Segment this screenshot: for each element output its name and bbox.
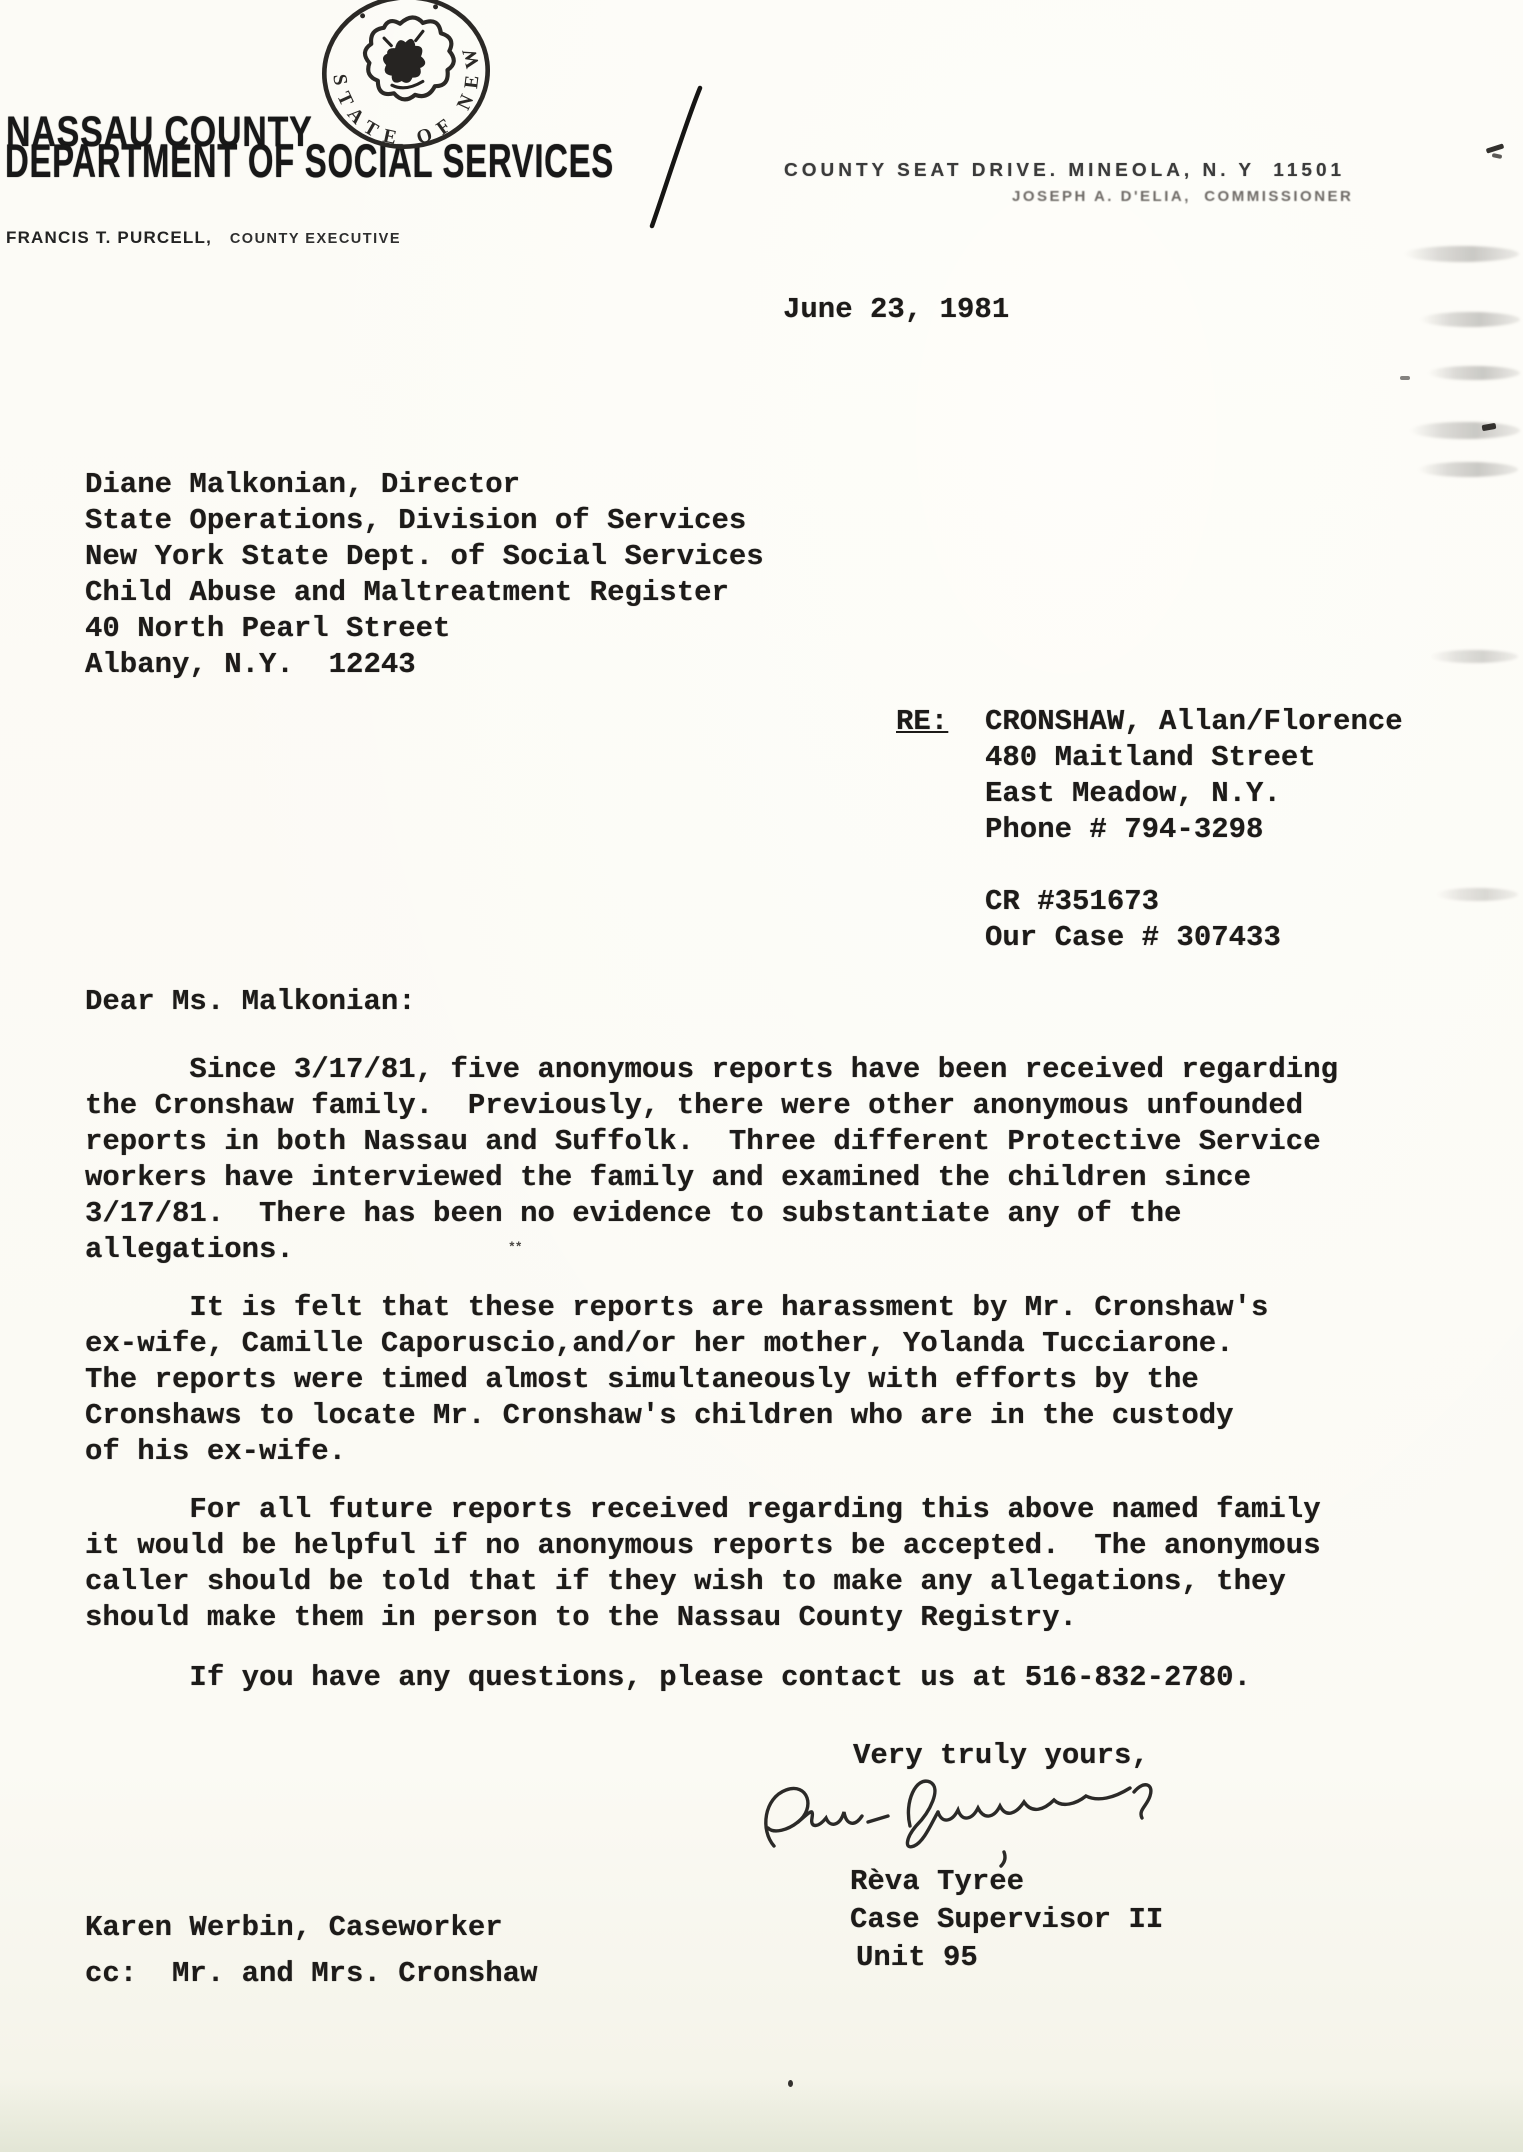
text-line: Child Abuse and Maltreatment Register <box>85 575 764 611</box>
handwritten-signature <box>752 1760 1162 1875</box>
scan-smudge <box>1404 246 1519 262</box>
text-line: 40 North Pearl Street <box>85 611 764 647</box>
text-line: Cronshaws to locate Mr. Cronshaw's child… <box>85 1398 1268 1434</box>
signer-unit: Unit 95 <box>856 1940 978 1976</box>
signer-name: Rèva Tyree <box>850 1864 1024 1900</box>
text-line <box>985 848 1403 884</box>
text-line: It is felt that these reports are harass… <box>85 1290 1268 1326</box>
scan-smudge <box>1420 312 1520 327</box>
body-paragraph-3: For all future reports received regardin… <box>85 1492 1321 1636</box>
text-line: 3/17/81. There has been no evidence to s… <box>85 1196 1338 1232</box>
text-line: CR #351673 <box>985 884 1403 920</box>
scan-speck <box>1400 376 1410 380</box>
executive-name: FRANCIS T. PURCELL, <box>6 228 212 247</box>
letterhead-commissioner: JOSEPH A. D'ELIA, COMMISSIONER <box>1012 188 1353 205</box>
signer-title: Case Supervisor II <box>850 1902 1163 1938</box>
text-line: of his ex-wife. <box>85 1434 1268 1470</box>
text-line: If you have any questions, please contac… <box>85 1660 1251 1696</box>
caseworker-line: Karen Werbin, Caseworker <box>85 1910 503 1946</box>
scan-smudge <box>1436 888 1518 901</box>
scanned-letter-page: NASSAU COUNTY DEPARTMENT OF SOCIAL SERVI… <box>0 0 1523 2152</box>
text-line: ex-wife, Camille Caporuscio,and/or her m… <box>85 1326 1268 1362</box>
recipient-address-block: Diane Malkonian, DirectorState Operation… <box>85 467 764 683</box>
state-of-new-york-seal-icon: STATE OF NEW YORK <box>308 0 504 170</box>
body-paragraph-1: Since 3/17/81, five anonymous reports ha… <box>85 1052 1338 1268</box>
text-line: Since 3/17/81, five anonymous reports ha… <box>85 1052 1338 1088</box>
text-line: it would be helpful if no anonymous repo… <box>85 1528 1321 1564</box>
body-paragraph-4: If you have any questions, please contac… <box>85 1660 1251 1696</box>
text-line: Our Case # 307433 <box>985 920 1403 956</box>
scan-smudge <box>1428 366 1520 380</box>
body-paragraph-2: It is felt that these reports are harass… <box>85 1290 1268 1470</box>
letterhead-department: DEPARTMENT OF SOCIAL SERVICES <box>5 133 614 188</box>
stray-type-mark: ** <box>508 1240 522 1255</box>
re-label-text: RE: <box>896 705 948 738</box>
text-line: allegations. <box>85 1232 1338 1268</box>
text-line: 480 Maitland Street <box>985 740 1403 776</box>
salutation: Dear Ms. Malkonian: <box>85 984 416 1020</box>
text-line: Diane Malkonian, Director <box>85 467 764 503</box>
text-line: Albany, N.Y. 12243 <box>85 647 764 683</box>
text-line: East Meadow, N.Y. <box>985 776 1403 812</box>
executive-title: COUNTY EXECUTIVE <box>230 231 401 247</box>
text-line: CRONSHAW, Allan/Florence <box>985 704 1403 740</box>
scan-speck <box>1486 143 1505 153</box>
re-label: RE: <box>896 704 948 740</box>
text-line: Phone # 794-3298 <box>985 812 1403 848</box>
text-line: the Cronshaw family. Previously, there w… <box>85 1088 1338 1124</box>
text-line: should make them in person to the Nassau… <box>85 1600 1321 1636</box>
text-line: caller should be told that if they wish … <box>85 1564 1321 1600</box>
text-line: New York State Dept. of Social Services <box>85 539 764 575</box>
scan-smudge <box>1418 462 1518 477</box>
scan-smudge <box>1410 422 1520 439</box>
scan-speck <box>1492 153 1503 159</box>
pen-slash-mark <box>638 82 718 232</box>
cc-line: cc: Mr. and Mrs. Cronshaw <box>85 1956 537 1992</box>
letterhead-address: COUNTY SEAT DRIVE. MINEOLA, N. Y 11501 <box>784 160 1345 181</box>
text-line: State Operations, Division of Services <box>85 503 764 539</box>
scan-smudge <box>1430 650 1518 663</box>
scan-bottom-shading <box>0 2082 1523 2152</box>
text-line: For all future reports received regardin… <box>85 1492 1321 1528</box>
text-line: reports in both Nassau and Suffolk. Thre… <box>85 1124 1338 1160</box>
spacer <box>212 228 230 247</box>
re-block: CRONSHAW, Allan/Florence480 Maitland Str… <box>985 704 1403 956</box>
text-line: The reports were timed almost simultaneo… <box>85 1362 1268 1398</box>
letterhead-executive: FRANCIS T. PURCELL, COUNTY EXECUTIVE <box>6 228 401 248</box>
date-line: June 23, 1981 <box>783 292 1009 328</box>
text-line: workers have interviewed the family and … <box>85 1160 1338 1196</box>
